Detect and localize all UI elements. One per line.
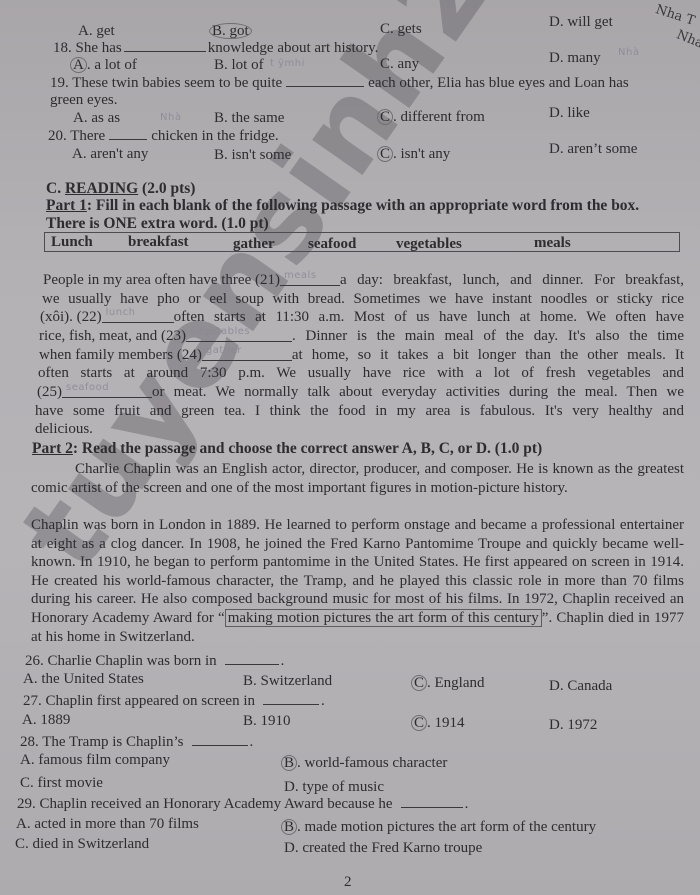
handwritten-note: Nhà <box>160 112 181 123</box>
q20-option-b: B. isn't some <box>214 146 291 164</box>
passage-line: (25)seafood or meat. We normally talk ab… <box>37 383 684 401</box>
section-heading: C. READING (2.0 pts) <box>46 180 195 198</box>
option-a[interactable]: A. the United States <box>23 670 144 688</box>
passage-line: delicious. <box>35 420 684 438</box>
question-stem: 28. The Tramp is Chaplin’s. <box>20 733 253 751</box>
option-d[interactable]: D. type of music <box>284 778 384 796</box>
q19-option-c: C. different from <box>380 108 485 126</box>
handwritten-answer: seafood <box>66 379 109 397</box>
answer-blank[interactable] <box>263 692 319 705</box>
passage-line: rice, fish, meat, and (23)vegetables. Di… <box>39 327 684 345</box>
q18-option-a: A. a lot of <box>73 56 137 74</box>
answer-blank[interactable]: vegetables <box>186 329 292 342</box>
q18-option-b: B. lot of <box>214 56 264 74</box>
option-c[interactable]: C. first movie <box>20 774 103 792</box>
answer-blank[interactable]: meals <box>280 273 340 286</box>
word-box-item: meals <box>534 235 571 252</box>
q19-stem-cont: green eyes. <box>50 91 117 109</box>
circled-answer-mark: B <box>281 819 297 835</box>
passage-line: we usually have pho or eel soup with bre… <box>42 290 684 308</box>
q20-option-a: A. aren't any <box>72 145 148 163</box>
highlighted-phrase: making motion pictures the art form of t… <box>225 609 542 627</box>
handwritten-answer: gather <box>206 342 242 360</box>
passage-line: People in my area often have three (21)m… <box>43 271 684 289</box>
part1-instruction-cont: There is ONE extra word. (1.0 pt) <box>46 215 269 233</box>
word-box-item: seafood <box>308 236 356 253</box>
question-stem: 29. Chaplin received an Honorary Academy… <box>17 795 468 813</box>
answer-blank[interactable]: gather <box>202 348 292 361</box>
option-d[interactable]: D. created the Fred Karno troupe <box>284 839 482 857</box>
handwritten-answer: meals <box>284 267 317 285</box>
passage-line: (xôi). (22) lunch often starts at 11:30 … <box>40 308 684 326</box>
page-number: 2 <box>344 874 352 891</box>
passage-line: have some fruit and green tea. I think t… <box>35 402 684 420</box>
answer-blank[interactable] <box>192 733 248 746</box>
option-b[interactable]: B. world-famous character <box>284 754 447 772</box>
option-b[interactable]: B. made motion pictures the art form of … <box>284 818 596 836</box>
q19-stem: 19. These twin babies seem to be quiteea… <box>50 74 629 92</box>
word-box-item: Lunch <box>51 234 93 251</box>
word-box-item: breakfast <box>128 234 189 251</box>
answer-blank[interactable]: seafood <box>62 385 152 398</box>
q17-option-a: A. get <box>78 22 115 40</box>
handwritten-note: t ỹmhi <box>270 58 305 69</box>
handwritten-note: Nhà <box>618 47 639 58</box>
circled-answer-mark: C <box>411 715 427 731</box>
q20-option-c: C. isn't any <box>380 145 450 163</box>
part2-passage-p2: Chaplin was born in London in 1889. He l… <box>31 516 684 646</box>
option-a[interactable]: A. famous film company <box>20 751 170 769</box>
margin-fragment-2: Nha <box>674 27 700 51</box>
circled-answer-mark: C <box>411 675 427 691</box>
q19-option-d: D. like <box>549 104 590 122</box>
q18-stem: 18. She hasknowledge about art history. <box>53 39 378 57</box>
part2-instruction: Part 2: Read the passage and choose the … <box>32 440 542 458</box>
exam-page: tuyensinh247.com Nha T Nha A. get B. got… <box>0 0 700 895</box>
answer-blank[interactable] <box>401 795 463 808</box>
passage-line: often starts at around 7:30 p.m. We usua… <box>38 364 684 382</box>
q18-option-c: C. any <box>380 55 419 73</box>
q17-option-d: D. will get <box>549 13 613 31</box>
q20-option-d: D. aren’t some <box>549 140 637 158</box>
q19-option-a: A. as as <box>73 109 120 127</box>
option-b[interactable]: B. 1910 <box>243 712 291 730</box>
handwritten-answer: vegetables <box>190 323 250 341</box>
option-d[interactable]: D. 1972 <box>549 716 597 734</box>
option-b[interactable]: B. Switzerland <box>243 672 332 690</box>
option-a[interactable]: A. 1889 <box>22 711 70 729</box>
option-d[interactable]: D. Canada <box>549 677 612 695</box>
question-stem: 26. Charlie Chaplin was born in. <box>25 652 284 670</box>
option-c[interactable]: C. 1914 <box>414 714 465 732</box>
q20-stem: 20. Therechicken in the fridge. <box>48 127 279 145</box>
answer-blank[interactable] <box>225 652 279 665</box>
passage-line: when family members (24)gather at home, … <box>39 346 684 364</box>
circled-answer-mark: B <box>281 755 297 771</box>
margin-fragment-1: Nha T <box>654 2 697 29</box>
option-c[interactable]: C. died in Switzerland <box>15 835 149 853</box>
option-a[interactable]: A. acted in more than 70 films <box>16 815 199 833</box>
word-box-item: gather <box>233 236 275 253</box>
q17-option-c: C. gets <box>380 20 422 38</box>
word-box-item: vegetables <box>396 236 462 253</box>
q18-option-d: D. many <box>549 49 601 67</box>
answer-blank[interactable]: lunch <box>102 310 174 323</box>
handwritten-answer: lunch <box>106 304 136 322</box>
option-c[interactable]: C. England <box>414 674 485 692</box>
part1-instruction: Part 1: Fill in each blank of the follow… <box>46 197 639 215</box>
question-stem: 27. Chaplin first appeared on screen in. <box>23 692 325 710</box>
q17-option-b: B. got <box>212 22 252 40</box>
word-box: Lunch breakfast gather seafood vegetable… <box>44 232 680 252</box>
part2-passage-p1: Charlie Chaplin was an English actor, di… <box>31 460 684 497</box>
q19-option-b: B. the same <box>214 109 284 127</box>
